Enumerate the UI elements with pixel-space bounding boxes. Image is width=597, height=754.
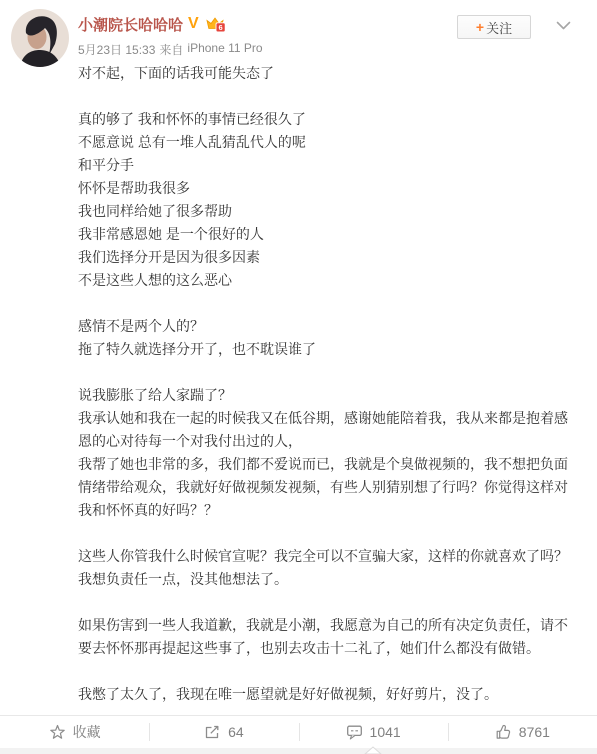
weibo-post-card: 小潮院长哈哈哈 V 6 5月23日 15:33 来自 iPhone 11 Pro…: [0, 0, 597, 754]
repost-icon: [204, 724, 221, 740]
member-crown-icon: 6: [205, 15, 226, 33]
like-button[interactable]: 8761: [448, 716, 597, 748]
star-icon: [49, 724, 66, 740]
chevron-down-icon[interactable]: [556, 18, 571, 28]
follow-button[interactable]: + 关注: [457, 15, 531, 39]
username[interactable]: 小潮院长哈哈哈: [78, 14, 183, 35]
thumbs-up-icon: [495, 724, 512, 740]
like-count: 8761: [519, 724, 550, 740]
post-text: 对不起，下面的话我可能失态了 真的够了 我和怀怀的事情已经很久了 不愿意说 总有…: [78, 62, 570, 706]
svg-text:6: 6: [218, 23, 222, 32]
verified-v-icon: V: [188, 16, 199, 32]
plus-icon: +: [476, 20, 484, 34]
favorite-label: 收藏: [73, 722, 101, 742]
repost-button[interactable]: 64: [149, 716, 298, 748]
source-prefix: 来自: [159, 41, 183, 58]
avatar-image: [11, 9, 69, 67]
follow-button-label: 关注: [486, 18, 512, 37]
repost-count: 64: [228, 724, 244, 740]
user-name-row: 小潮院长哈哈哈 V 6: [78, 13, 226, 35]
favorite-button[interactable]: 收藏: [0, 716, 149, 748]
comment-icon: [346, 724, 363, 740]
post-meta: 5月23日 15:33 来自 iPhone 11 Pro: [78, 41, 263, 58]
action-bar: 收藏 64 1041: [0, 715, 597, 754]
comment-count: 1041: [370, 724, 401, 740]
source-link[interactable]: iPhone 11 Pro: [187, 41, 262, 58]
comment-section-edge: [0, 748, 597, 754]
avatar[interactable]: [11, 9, 69, 67]
timestamp: 5月23日 15:33: [78, 41, 155, 58]
caret-up-icon: [364, 741, 382, 754]
